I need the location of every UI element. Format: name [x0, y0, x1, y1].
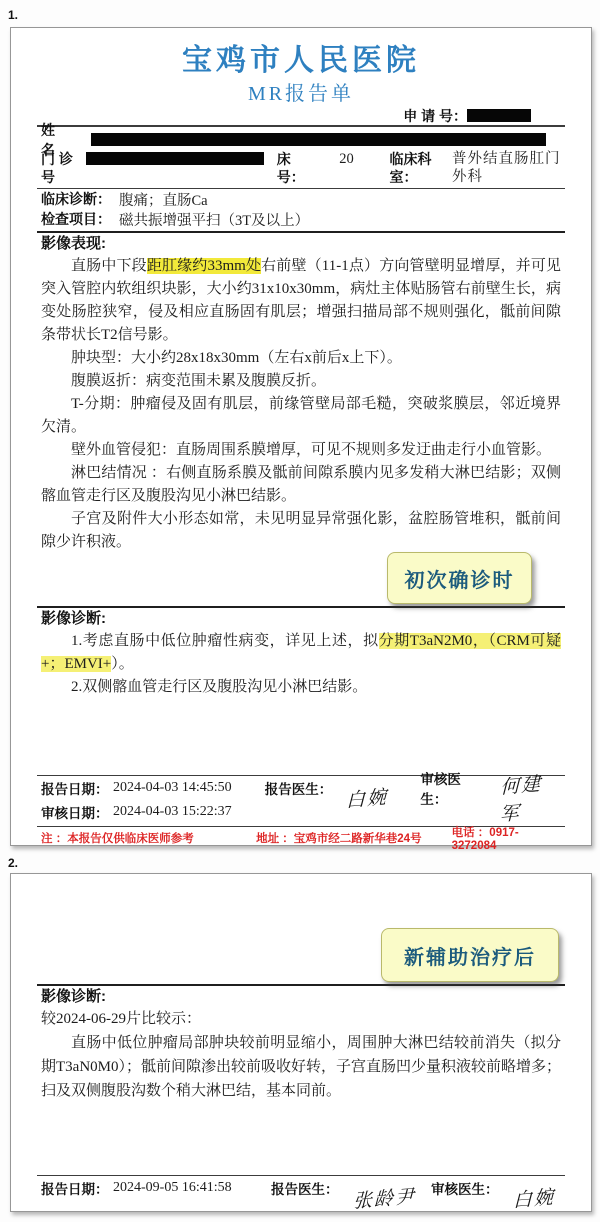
findings-paragraph: 淋巴结情况 ：右侧直肠系膜及骶前间隙系膜内见多发稍大淋巴结影；双侧髂血管走行区及… [41, 462, 561, 508]
diagnosis-text: 1.考虑直肠中低位肿瘤性病变，详见上述，拟 [71, 633, 379, 649]
page2-sequence-label: 2. [8, 856, 18, 870]
report-date-label: 报告日期： [41, 1178, 113, 1198]
review-doctor-label: 审核医生： [431, 1178, 499, 1198]
findings-paragraph: 肿块型：大小约28x18x30mm（左右x前后x上下）。 [41, 347, 561, 370]
footer-dates: 报告日期： 2024-09-05 16:41:58 [41, 1176, 271, 1200]
diagnosis-item: 2.双侧髂血管走行区及腹股沟见小淋巴结影。 [41, 676, 561, 699]
review-doctor-label: 审核医生： [420, 768, 485, 808]
spacer [41, 699, 561, 775]
comparison-line: 较2024-06-29片比较示： [41, 1008, 561, 1031]
bed-number-label: 床 号： [277, 150, 340, 186]
report-date-value: 2024-04-03 14:45:50 [113, 780, 232, 796]
redacted-apply-number [467, 109, 531, 122]
report-date-value: 2024-09-05 16:41:58 [113, 1180, 232, 1196]
report-doctor-block: 报告医生： 白婉 [265, 776, 421, 800]
diagnosis-text: ）。 [111, 656, 134, 672]
redacted-patient-name [91, 133, 546, 146]
footer-disclaimer-row: 注 ：本报告仅供临床医师参考 地址 ：宝鸡市经二路新华巷24号 电话 ：0917… [41, 830, 561, 846]
review-doctor-signature: 何建军 [500, 767, 562, 827]
findings-paragraph: 直肠中下段距肛缘约33mm处右前壁（11-1点）方向管壁明显增厚，并可见突入管腔… [41, 255, 561, 347]
findings-header: 影像表现: [41, 233, 561, 255]
department-value: 普外结直肠肛门外科 [452, 150, 561, 186]
diagnosis-item: 1.考虑直肠中低位肿瘤性病变，详见上述，拟分期T3aN2M0，（CRM可疑+；E… [41, 630, 561, 676]
diagnosis-header: 影像诊断: [41, 986, 561, 1008]
report-footer: 报告日期： 2024-04-03 14:45:50 审核日期： 2024-04-… [41, 776, 561, 824]
report-page-2: 新辅助治疗后 影像诊断: 较2024-06-29片比较示： 直肠中低位肿瘤局部肿… [10, 873, 592, 1212]
report-doctor-signature: 张龄尹 [352, 1181, 415, 1214]
review-date-value: 2024-04-03 15:22:37 [113, 804, 232, 820]
findings-text: 直肠中下段 [71, 258, 147, 274]
note-box-initial-diagnosis: 初次确诊时 [387, 552, 532, 604]
diagnosis-paragraph: 直肠中低位肿瘤局部肿块较前明显缩小，周围肿大淋巴结较前消失（拟分期T3aN0M0… [41, 1031, 561, 1103]
report-footer: 报告日期： 2024-09-05 16:41:58 报告医生： 张龄尹 审核医生… [41, 1176, 561, 1200]
findings-paragraph: T-分期：肿瘤侵及固有肌层，前缘管壁局部毛糙，突破浆膜层，邻近境界欠清。 [41, 393, 561, 439]
address-text: 地址 ：宝鸡市经二路新华巷24号 [256, 830, 452, 846]
clinical-diagnosis-value: 腹痛；直肠Ca [119, 189, 208, 210]
apply-number-label: 申 请 号： [403, 106, 467, 126]
clinical-diagnosis-label: 临床诊断： [41, 189, 119, 209]
exam-item-label: 检查项目： [41, 209, 119, 229]
report-doctor-signature: 白婉 [346, 782, 388, 813]
report-type-subtitle: MR报告单 [41, 82, 561, 106]
findings-body: 直肠中下段距肛缘约33mm处右前壁（11-1点）方向管壁明显增厚，并可见突入管腔… [41, 255, 561, 554]
text-highlight-distance: 距肛缘约33mm处 [147, 258, 261, 274]
note-box-row: 初次确诊时 [41, 554, 561, 604]
opd-bed-dept-row: 门 诊 号 床 号： 20 临床科室： 普外结直肠肛门外科 [41, 150, 561, 187]
report-doctor-block: 报告医生： 张龄尹 [271, 1176, 431, 1200]
department-label: 临床科室： [390, 150, 453, 186]
redacted-opd-number [86, 152, 265, 165]
diagnosis-header: 影像诊断: [41, 608, 561, 630]
exam-item-value: 磁共振增强平扫（3T及以上） [119, 209, 309, 230]
findings-paragraph: 壁外血管侵犯：直肠周围系膜增厚，可见不规则多发迂曲走行小血管影。 [41, 439, 561, 462]
review-doctor-signature: 白婉 [512, 1182, 554, 1213]
review-doctor-block: 审核医生： 何建军 [420, 776, 561, 800]
clinical-diagnosis-row: 临床诊断： 腹痛；直肠Ca [41, 189, 561, 209]
report-date-label: 报告日期： [41, 778, 113, 798]
report-doctor-label: 报告医生： [265, 778, 333, 798]
patient-name-row: 姓 名 [41, 129, 561, 150]
report-page-1: 宝鸡市人民医院 MR报告单 申 请 号： 姓 名 门 诊 号 床 号： 20 临… [10, 27, 592, 846]
divider [37, 125, 565, 127]
review-doctor-block: 审核医生： 白婉 [431, 1176, 555, 1200]
footer-dates: 报告日期： 2024-04-03 14:45:50 审核日期： 2024-04-… [41, 776, 265, 824]
findings-paragraph: 子宫及附件大小形态如常，未见明显异常强化影，盆腔肠管堆积，骶前间隙少许积液。 [41, 508, 561, 554]
bed-number-value: 20 [339, 150, 354, 168]
review-date-label: 审核日期： [41, 802, 113, 822]
page1-sequence-label: 1. [8, 8, 18, 22]
disclaimer-note: 注 ：本报告仅供临床医师参考 [41, 830, 256, 846]
note-box-post-neoadjuvant: 新辅助治疗后 [381, 928, 559, 982]
opd-number-label: 门 诊 号 [41, 150, 86, 186]
apply-number-row: 申 请 号： [41, 108, 561, 123]
findings-paragraph: 腹膜返折：病变范围未累及腹膜反折。 [41, 370, 561, 393]
spacer [41, 1103, 561, 1175]
exam-item-row: 检查项目： 磁共振增强平扫（3T及以上） [41, 209, 561, 229]
phone-text: 电话 ：0917-3272084 [452, 824, 561, 852]
note-box-row: 新辅助治疗后 [41, 926, 561, 982]
report-doctor-label: 报告医生： [271, 1178, 339, 1198]
hospital-title: 宝鸡市人民医院 [41, 44, 561, 78]
